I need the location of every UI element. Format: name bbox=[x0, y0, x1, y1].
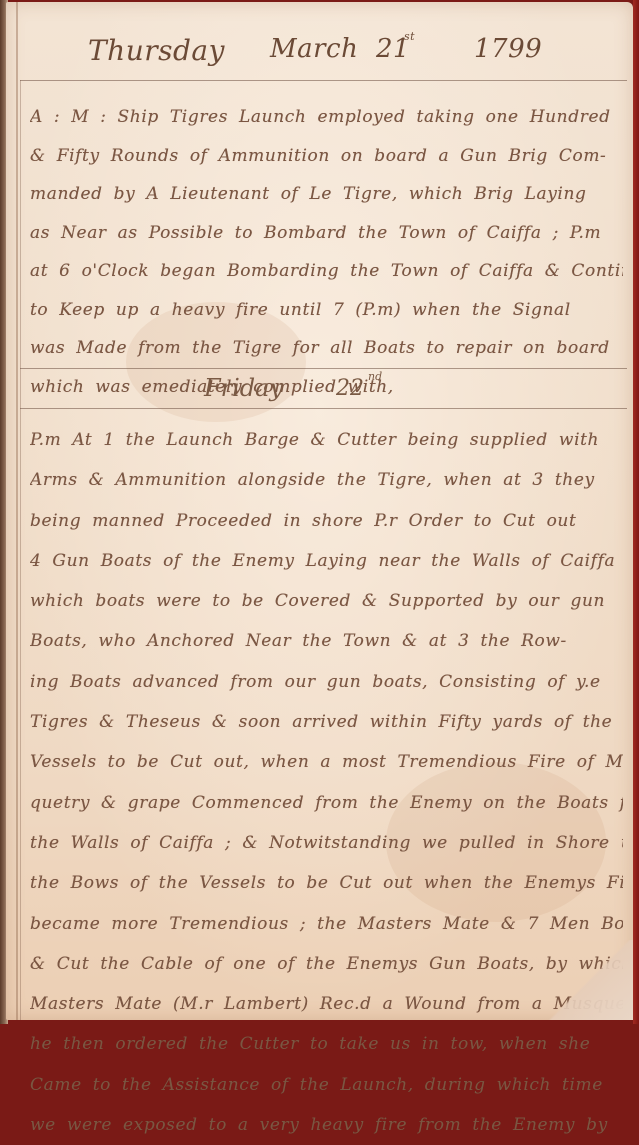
log-entry-friday: P.m At 1 the Launch Barge & Cutter being… bbox=[30, 420, 623, 1024]
log-line: to Keep up a heavy fire until 7 (P.m) wh… bbox=[30, 291, 623, 330]
log-line: as Near as Possible to Bombard the Town … bbox=[30, 214, 623, 253]
log-line: Boats, who Anchored Near the Town & at 3… bbox=[30, 621, 623, 661]
year-label: 1799 bbox=[474, 34, 542, 64]
log-line: 4 Gun Boats of the Enemy Laying near the… bbox=[30, 541, 623, 581]
worn-page-corner bbox=[543, 940, 633, 1020]
log-page: Thursday March 21 st 1799 A : M : Ship T… bbox=[6, 2, 633, 1020]
entry-date-heading-thursday: Thursday March 21 st 1799 bbox=[6, 22, 633, 78]
log-line: Arms & Ammunition alongside the Tigre, w… bbox=[30, 460, 623, 500]
day-suffix: nd bbox=[368, 370, 382, 383]
book-binding-right bbox=[633, 0, 639, 1024]
log-line: the Walls of Caiffa ; & Notwitstanding w… bbox=[30, 823, 623, 863]
log-line: became more Tremendious ; the Masters Ma… bbox=[30, 904, 623, 944]
log-line: & Fifty Rounds of Ammunition on board a … bbox=[30, 137, 623, 176]
log-line: manded by A Lieutenant of Le Tigre, whic… bbox=[30, 175, 623, 214]
log-line: & Cut the Cable of one of the Enemys Gun… bbox=[30, 944, 623, 984]
log-entry-thursday: A : M : Ship Tigres Launch employed taki… bbox=[30, 98, 623, 406]
log-line: which boats were to be Covered & Support… bbox=[30, 581, 623, 621]
log-line: Vessels to be Cut out, when a most Treme… bbox=[30, 742, 623, 782]
log-line: at 6 o'Clock began Bombarding the Town o… bbox=[30, 252, 623, 291]
section-rule-top bbox=[20, 368, 627, 369]
weekday-label: Friday bbox=[204, 374, 283, 402]
log-line: was Made from the Tigre for all Boats to… bbox=[30, 329, 623, 368]
day-suffix: st bbox=[404, 30, 415, 43]
log-line: the Bows of the Vessels to be Cut out wh… bbox=[30, 863, 623, 903]
page-fold bbox=[16, 2, 18, 1020]
log-line: A : M : Ship Tigres Launch employed taki… bbox=[30, 98, 623, 137]
log-line: quetry & grape Commenced from the Enemy … bbox=[30, 783, 623, 823]
header-rule bbox=[20, 80, 627, 81]
log-line: Tigres & Theseus & soon arrived within F… bbox=[30, 702, 623, 742]
month-label: March bbox=[270, 34, 358, 64]
log-line: Masters Mate (M.r Lambert) Rec.d a Wound… bbox=[30, 984, 623, 1024]
weekday-label: Thursday bbox=[88, 34, 225, 67]
log-line: being manned Proceeded in shore P.r Orde… bbox=[30, 501, 623, 541]
day-label: 22 bbox=[336, 376, 364, 401]
section-rule-bottom bbox=[20, 408, 627, 409]
left-margin-rule bbox=[20, 80, 21, 1020]
entry-date-heading-friday: Friday 22 nd bbox=[6, 370, 633, 410]
log-line: ing Boats advanced from our gun boats, C… bbox=[30, 662, 623, 702]
log-line: P.m At 1 the Launch Barge & Cutter being… bbox=[30, 420, 623, 460]
